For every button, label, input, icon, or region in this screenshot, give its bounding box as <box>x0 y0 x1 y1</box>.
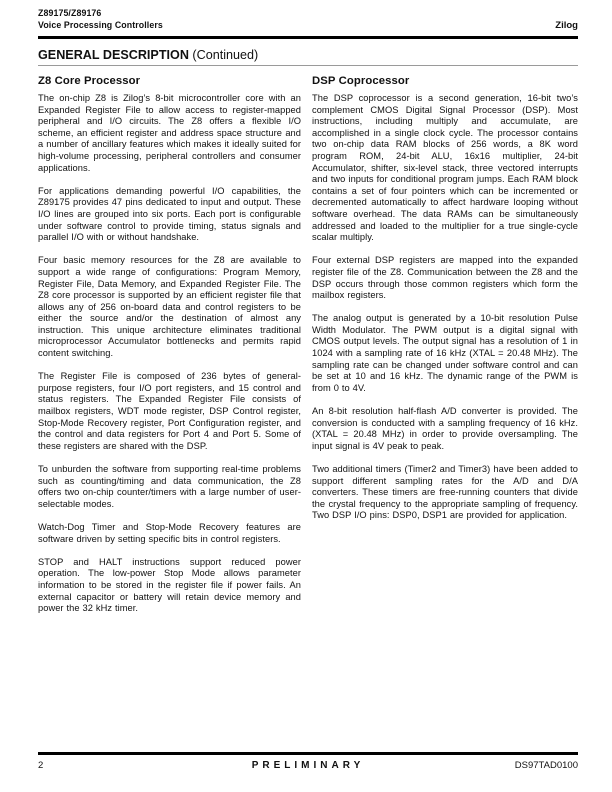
paragraph: Four external DSP registers are mapped i… <box>312 255 578 301</box>
paragraph: To unburden the software from supporting… <box>38 464 301 510</box>
paragraph: Four basic memory resources for the Z8 a… <box>38 255 301 359</box>
header-rule <box>38 36 578 39</box>
paragraph: For applications demanding powerful I/O … <box>38 186 301 244</box>
paragraph: STOP and HALT instructions support reduc… <box>38 557 301 615</box>
paragraph: The on-chip Z8 is Zilog’s 8-bit microcon… <box>38 93 301 174</box>
footer-status: PRELIMINARY <box>252 760 365 771</box>
header-part-number: Z89175/Z89176 <box>38 8 163 20</box>
header-brand: Zilog <box>555 20 578 31</box>
z8-core-processor-heading: Z8 Core Processor <box>38 75 301 87</box>
column-right: DSP Coprocessor The DSP coprocessor is a… <box>312 75 578 626</box>
paragraph: An 8-bit resolution half-flash A/D conve… <box>312 406 578 452</box>
section-title: GENERAL DESCRIPTION (Continued) <box>38 48 578 62</box>
footer-rule <box>38 752 578 755</box>
two-column-body: Z8 Core Processor The on-chip Z8 is Zilo… <box>38 75 578 626</box>
section-title-continued: (Continued) <box>189 48 258 62</box>
datasheet-page: Z89175/Z89176 Voice Processing Controlle… <box>0 0 612 792</box>
footer-page-number: 2 <box>38 760 43 771</box>
page-header: Z89175/Z89176 Voice Processing Controlle… <box>0 0 612 31</box>
paragraph: The analog output is generated by a 10-b… <box>312 313 578 394</box>
paragraph: Watch-Dog Timer and Stop-Mode Recovery f… <box>38 522 301 545</box>
footer-doc-number: DS97TAD0100 <box>515 760 578 771</box>
page-footer: 2 PRELIMINARY DS97TAD0100 <box>38 752 578 772</box>
column-left: Z8 Core Processor The on-chip Z8 is Zilo… <box>38 75 301 626</box>
header-product-line: Voice Processing Controllers <box>38 20 163 32</box>
paragraph: The Register File is composed of 236 byt… <box>38 371 301 452</box>
header-title-block: Z89175/Z89176 Voice Processing Controlle… <box>38 8 163 31</box>
paragraph: Two additional timers (Timer2 and Timer3… <box>312 464 578 522</box>
section-rule <box>38 65 578 66</box>
paragraph: The DSP coprocessor is a second generati… <box>312 93 578 244</box>
dsp-coprocessor-heading: DSP Coprocessor <box>312 75 578 87</box>
section-title-main: GENERAL DESCRIPTION <box>38 48 189 62</box>
